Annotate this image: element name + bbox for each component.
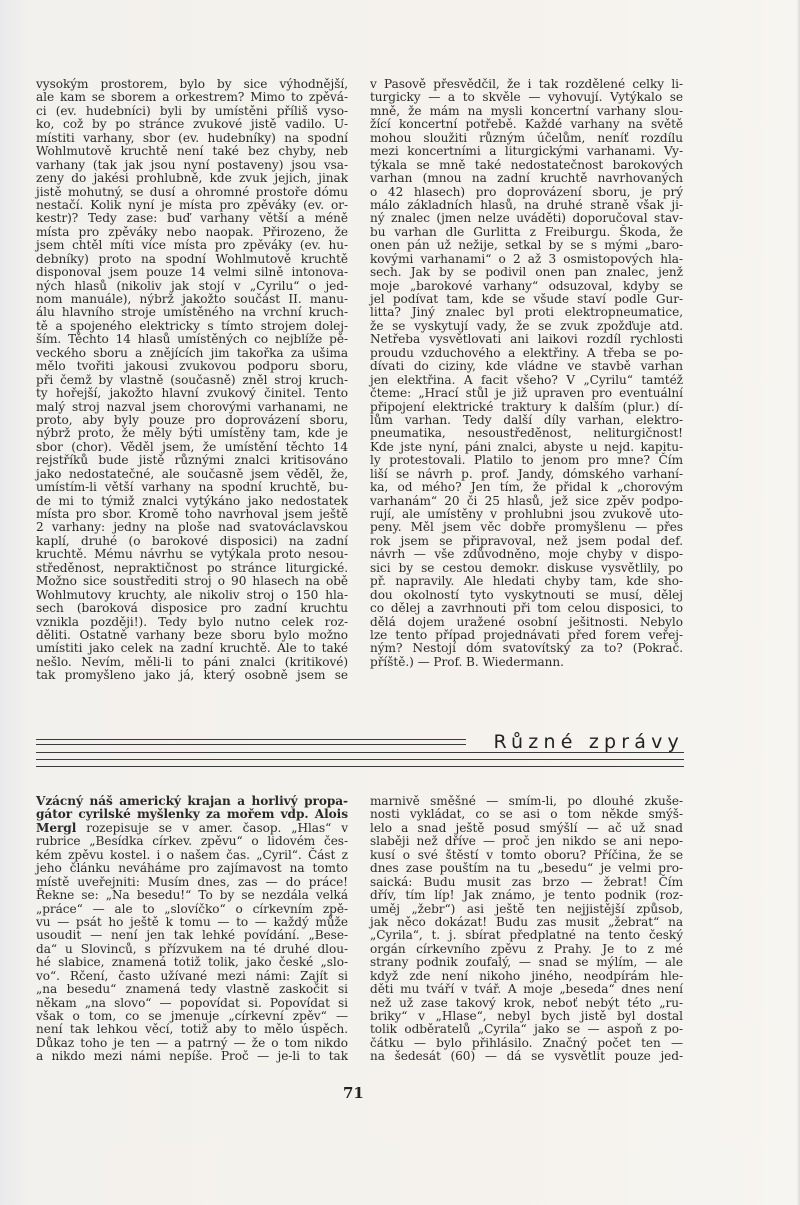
- text-line: místiti varhany, sbor (ev. hudebníky) na…: [36, 132, 348, 145]
- text-line: mohou sloužiti různým účelům, neníť rozd…: [370, 132, 683, 145]
- text-line: litta? Jiný znalec byl proti elektropneu…: [370, 306, 683, 319]
- text-line: rují, ale umístěny v prohlubni jsou zvuk…: [370, 508, 683, 521]
- text-line: ný znalec (jmen nelze uváděti) doporučov…: [370, 212, 683, 225]
- text-line: de mi to týmiž znalci vytýkáno jako nedo…: [36, 495, 348, 508]
- text-line: čátku — bylo přihlásilo. Značný počet te…: [370, 1037, 683, 1050]
- text-line: ka, od mého? Jen tím, že přidal k „choro…: [370, 481, 683, 494]
- text-line: vu — psát ho ještě k tomu — to — každý m…: [36, 916, 348, 929]
- text-line: vo“. Rčení, často užívané mezi námi: Zaj…: [36, 970, 348, 983]
- news-left-column: Vzácný náš americký krajan a horlivý pro…: [36, 795, 348, 1064]
- text-line: vznikla později!). Tedy bylo nutno celek…: [36, 616, 348, 629]
- text-line: v Pasově přesvědčil, že i tak rozdělené …: [370, 78, 683, 91]
- text-line: tolik odběratelů „Cyrila“ jako se — aspo…: [370, 1023, 683, 1036]
- text-line: co dělej a zavrhnouti při tom celou disp…: [370, 602, 683, 615]
- text-line: než už zase takový krok, neboť nebýt tét…: [370, 997, 683, 1010]
- text-line: malý stroj nazval jsem chorovými varhana…: [36, 401, 348, 414]
- text-line: kruchtě. Mému návrhu se vytýkala proto n…: [36, 548, 348, 561]
- bold-lead-text: Mergl: [36, 821, 76, 835]
- text-line: Wohlmutově kruchtě není také bez chyby, …: [36, 145, 348, 158]
- text-line: jako nedostatečné, ale současně jsem věd…: [36, 468, 348, 481]
- text-line: tak promyšleno jako já, který osobně jse…: [36, 669, 348, 682]
- text-line: jeho článku neváháme pro zajímavost na t…: [36, 862, 348, 875]
- body-text: rubrice „Besídka církev. zpěvu“ o lidové…: [36, 834, 348, 848]
- body-text: vu — psát ho ještě k tomu — to — každý m…: [36, 915, 348, 929]
- header-rule: [36, 766, 684, 767]
- text-line: nýbrž proto, že měly býti umístěny tam, …: [36, 427, 348, 440]
- news-right-column: marnivě směšné — smím-li, po dlouhé zkuš…: [370, 795, 683, 1064]
- text-line: ším. Těchto 14 hlasů umístěných co nejbl…: [36, 333, 348, 346]
- page-number: 71: [343, 1084, 364, 1102]
- text-line: kaplí, druhé (o barokové disposici) na z…: [36, 535, 348, 548]
- text-line: Netřeba vysvětlovati ani laikovi rozdíl …: [370, 333, 683, 346]
- text-line: dnes zase pouštím na tu „besedu“ je velm…: [370, 862, 683, 875]
- bold-lead-text: Vzácný náš americký krajan a horlivý pro…: [36, 794, 348, 808]
- text-line: jistě mohutný, se dusí a ohromné prostoř…: [36, 186, 348, 199]
- text-line: gátor cyrilské myšlenky za mořem vdp. Al…: [36, 808, 348, 821]
- text-line: „práce“ — ale to „slovíčko“ o církevním …: [36, 903, 348, 916]
- text-line: ných hlasů (nikoliv jak stojí v „Cyrilu“…: [36, 280, 348, 293]
- text-line: na šedesát (60) — dá se vysvětlit pouze …: [370, 1050, 683, 1063]
- text-line: sech (baroková disposice pro zadní kruch…: [36, 602, 348, 615]
- body-text: Důkaz toho je ten — a patrný — že o tom …: [36, 1036, 348, 1050]
- text-line: peny. Měl jsem věc dobře promyšlenu — př…: [370, 521, 683, 534]
- body-text: a nikdo mezi námi nepíše. Proč — je-li t…: [36, 1049, 348, 1063]
- text-line: orgán církevního zpěvu z Prahy. Je to z …: [370, 943, 683, 956]
- text-line: mezi koncertními a liturgickými varhanam…: [370, 145, 683, 158]
- text-line: ly protestovali. Platilo to jenom pro mn…: [370, 454, 683, 467]
- section-header: Různé zprávy: [36, 728, 684, 788]
- text-line: dou okolností tyto vyskytnouti se musí, …: [370, 589, 683, 602]
- text-line: Wohlmutovy kruchty, ale nikoliv stroj o …: [36, 589, 348, 602]
- text-line: slaběji než dříve — proč jen nikdo se an…: [370, 835, 683, 848]
- header-rule: [36, 744, 466, 745]
- body-text: rozepisuje se v amer. časop. „Hlas“ v: [76, 821, 348, 835]
- text-line: ale kam se sborem a orkestrem? Mimo to z…: [36, 91, 348, 104]
- text-line: jak něco dokázat! Budu zas musit „žebrat…: [370, 916, 683, 929]
- text-line: umístiti jako celek na zadní kruchtě. Al…: [36, 642, 348, 655]
- text-line: vysokým prostorem, bylo by sice výhodněj…: [36, 78, 348, 91]
- text-line: varhany (tak jak jsou nyní postaveny) js…: [36, 159, 348, 172]
- text-line: ko, což by po stránce zvukové jistě vadi…: [36, 118, 348, 131]
- text-line: o 42 hlasech) pro doprovázení sboru, je …: [370, 186, 683, 199]
- text-line: když zde není nikoho jiného, neodpírám h…: [370, 970, 683, 983]
- text-line: a nikdo mezi námi nepíše. Proč — je-li t…: [36, 1050, 348, 1063]
- text-line: turgicky — a to skvěle — vyhovují. Vytýk…: [370, 91, 683, 104]
- text-line: „na besedu“ znamená tedy vlastně zaskoči…: [36, 983, 348, 996]
- text-line: není tak lehkou věcí, totiž aby to mělo …: [36, 1023, 348, 1036]
- text-line: při čemž by vlastně (současně) zněl stro…: [36, 374, 348, 387]
- article-left-column: vysokým prostorem, bylo by sice výhodněj…: [36, 78, 348, 683]
- text-line: marnivě směšné — smím-li, po dlouhé zkuš…: [370, 795, 683, 808]
- body-text: není tak lehkou věcí, totiž aby to mělo …: [36, 1022, 348, 1036]
- text-line: rejstříků bude jistě různými znalci krit…: [36, 454, 348, 467]
- text-line: děti mu tváří v tvář. A moje „beseda“ dn…: [370, 983, 683, 996]
- text-line: proudu vzduchového a elektřiny. A třeba …: [370, 347, 683, 360]
- text-line: však o tom, co se jmenuje „církevní zpěv…: [36, 1010, 348, 1023]
- text-line: kém zpěvu kostel. i o našem čas. „Cyril“…: [36, 849, 348, 862]
- text-line: jsem chtěl míti více místa pro zpěváky (…: [36, 239, 348, 252]
- text-line: lelo a snad ještě posud smýšlí — ač už s…: [370, 822, 683, 835]
- text-line: kovými varhanami“ o 2 až 3 osmistopových…: [370, 253, 683, 266]
- text-line: týkala se mně také nedostatečnost baroko…: [370, 159, 683, 172]
- text-line: „Cyrila“, t. j. sbírat předplatné na ten…: [370, 929, 683, 942]
- text-line: sech. Jak by se podivil onen pan znalec,…: [370, 266, 683, 279]
- text-line: nešlo. Nevím, měli-li to páni znalci (kr…: [36, 656, 348, 669]
- body-text: jeho článku neváháme pro zajímavost na t…: [36, 861, 348, 875]
- text-line: nestačí. Kolik nyní je místa pro zpěváky…: [36, 199, 348, 212]
- text-line: saická: Budu musit zas brzo — žebrat! Čí…: [370, 876, 683, 889]
- text-line: álu hlavního stroje umístěného na vrchní…: [36, 306, 348, 319]
- text-line: mně, že mám na mysli koncertní varhany s…: [370, 105, 683, 118]
- text-line: onen pán už nežije, setkal by se s mými …: [370, 239, 683, 252]
- body-text: „práce“ — ale to „slovíčko“ o církevním …: [36, 902, 348, 916]
- text-line: ci (ev. hudebníci) byli by umístěni příl…: [36, 105, 348, 118]
- text-line: ty hořejší, jakožto hlavní zvukový činit…: [36, 387, 348, 400]
- text-line: místa pro sbor. Kromě toho navrhoval jse…: [36, 508, 348, 521]
- text-line: kestr)? Tedy zase: buď varhany větší a m…: [36, 212, 348, 225]
- text-line: sici by se cestou demokr. diskuse vysvět…: [370, 562, 683, 575]
- text-line: jel podívat tam, kde se všude staví podl…: [370, 293, 683, 306]
- text-line: př. napravily. Ale hledati chyby tam, kd…: [370, 575, 683, 588]
- text-line: debníky) proto na spodní Wohlmutově kruc…: [36, 253, 348, 266]
- bold-lead-text: gátor cyrilské myšlenky za mořem vdp. Al…: [36, 807, 348, 821]
- text-line: že se vyskytují vady, že se zvuk zpožďuj…: [370, 320, 683, 333]
- text-line: čteme: „Hrací stůl je již upraven pro ev…: [370, 387, 683, 400]
- text-line: příště.) — Prof. B. Wiedermann.: [370, 656, 683, 669]
- text-line: veckého sboru a znějících jim takořka za…: [36, 347, 348, 360]
- text-line: strany podnik zoufalý, — snad se mýlím, …: [370, 956, 683, 969]
- body-text: Řekne se: „Na besedu!“ To by se nezdála …: [36, 888, 348, 902]
- text-line: Možno sice soustřediti stroj o 90 hlasec…: [36, 575, 348, 588]
- text-line: dělá dojem uražené osobní ješitnosti. Ne…: [370, 616, 683, 629]
- body-text: „na besedu“ znamená tedy vlastně zaskoči…: [36, 982, 348, 996]
- text-line: uměj „žebr“) asi ještě ten nejjistější z…: [370, 903, 683, 916]
- text-line: někam „na slovo“ — popovídat si. Popovíd…: [36, 997, 348, 1010]
- text-line: varhanám“ 20 či 25 hlasů, jež sice zpěv …: [370, 495, 683, 508]
- text-line: bu varhan dle Gurlitta z Freiburgu. Škod…: [370, 226, 683, 239]
- text-line: umístím-li větší varhany na spodní kruch…: [36, 481, 348, 494]
- section-title: Různé zprávy: [493, 731, 684, 753]
- text-line: žící koncertní potřebě. Každé varhany na…: [370, 118, 683, 131]
- text-line: nom manuále), nýbrž jakožto součást II. …: [36, 293, 348, 306]
- text-line: varhan (mnou na zadní kruchtě navrhovaný…: [370, 172, 683, 185]
- text-line: disponoval jsem pouze 14 velmi silně int…: [36, 266, 348, 279]
- text-line: liší se návrh p. prof. Jandy, dómského v…: [370, 468, 683, 481]
- text-line: moje „barokové varhany“ odsuzoval, kdyby…: [370, 280, 683, 293]
- header-rule: [36, 759, 684, 760]
- text-line: ným? Nestojí dóm svatovítský za to? (Pok…: [370, 642, 683, 655]
- body-text: místě uveřejniti: Musím dnes, zas — do p…: [36, 875, 348, 889]
- text-line: návrh — vše zdůvodněno, moje chyby v dis…: [370, 548, 683, 561]
- article-right-column: v Pasově přesvědčil, že i tak rozdělené …: [370, 78, 683, 669]
- text-line: rubrice „Besídka církev. zpěvu“ o lidové…: [36, 835, 348, 848]
- body-text: kém zpěvu kostel. i o našem čas. „Cyril“…: [36, 848, 348, 862]
- text-line: připojení elektrické traktury k dalším (…: [370, 401, 683, 414]
- text-line: málo základních hlasů, na druhé straně v…: [370, 199, 683, 212]
- text-line: místa pro zpěváky nebo naopak. Přirozeno…: [36, 226, 348, 239]
- text-line: zeny do jakési prohlubně, kde zvuk jejic…: [36, 172, 348, 185]
- body-text: da“ u Slovinců, s přízvukem na té druhé …: [36, 942, 348, 956]
- body-text: však o tom, co se jmenuje „církevní zpěv…: [36, 1009, 348, 1023]
- body-text: usoudit — není jen tak lehké povídání. „…: [36, 928, 348, 942]
- text-line: usoudit — není jen tak lehké povídání. „…: [36, 929, 348, 942]
- text-line: nosti vykládat, co se asi o tom někde sm…: [370, 808, 683, 821]
- text-line: lze tento případ projednávati před forem…: [370, 629, 683, 642]
- text-line: dřív, tím líp! Jak známo, je tento podni…: [370, 889, 683, 902]
- text-line: Řekne se: „Na besedu!“ To by se nezdála …: [36, 889, 348, 902]
- text-line: středěnost, nepraktičnost po stránce lit…: [36, 562, 348, 575]
- text-line: dívati do ciziny, kde vládne ve stavbě v…: [370, 360, 683, 373]
- text-line: mělo tvořiti jakousi zvukovou podporu sb…: [36, 360, 348, 373]
- text-line: Mergl rozepisuje se v amer. časop. „Hlas…: [36, 822, 348, 835]
- header-rule: [36, 739, 466, 740]
- body-text: hé slabice, znamená totiž tolik, jako če…: [36, 955, 348, 969]
- scanned-page: vysokým prostorem, bylo by sice výhodněj…: [0, 0, 800, 1205]
- body-text: někam „na slovo“ — popovídat si. Popovíd…: [36, 996, 348, 1010]
- text-line: Důkaz toho je ten — a patrný — že o tom …: [36, 1037, 348, 1050]
- text-line: 2 varhany: jedny na ploše nad svatovácla…: [36, 521, 348, 534]
- text-line: hé slabice, znamená totiž tolik, jako če…: [36, 956, 348, 969]
- text-line: kusí o své štěstí v tomto oboru? Příčina…: [370, 849, 683, 862]
- text-line: pneumatika, nesoustředěnost, neliturgičn…: [370, 427, 683, 440]
- text-line: da“ u Slovinců, s přízvukem na té druhé …: [36, 943, 348, 956]
- text-line: děliti. Ostatně varhany beze sboru bylo …: [36, 629, 348, 642]
- text-line: lům varhan. Tedy další díly varhan, elek…: [370, 414, 683, 427]
- body-text: vo“. Rčení, často užívané mezi námi: Zaj…: [36, 969, 348, 983]
- text-line: Vzácný náš americký krajan a horlivý pro…: [36, 795, 348, 808]
- text-line: proto, aby byly pouze pro doprovázení sb…: [36, 414, 348, 427]
